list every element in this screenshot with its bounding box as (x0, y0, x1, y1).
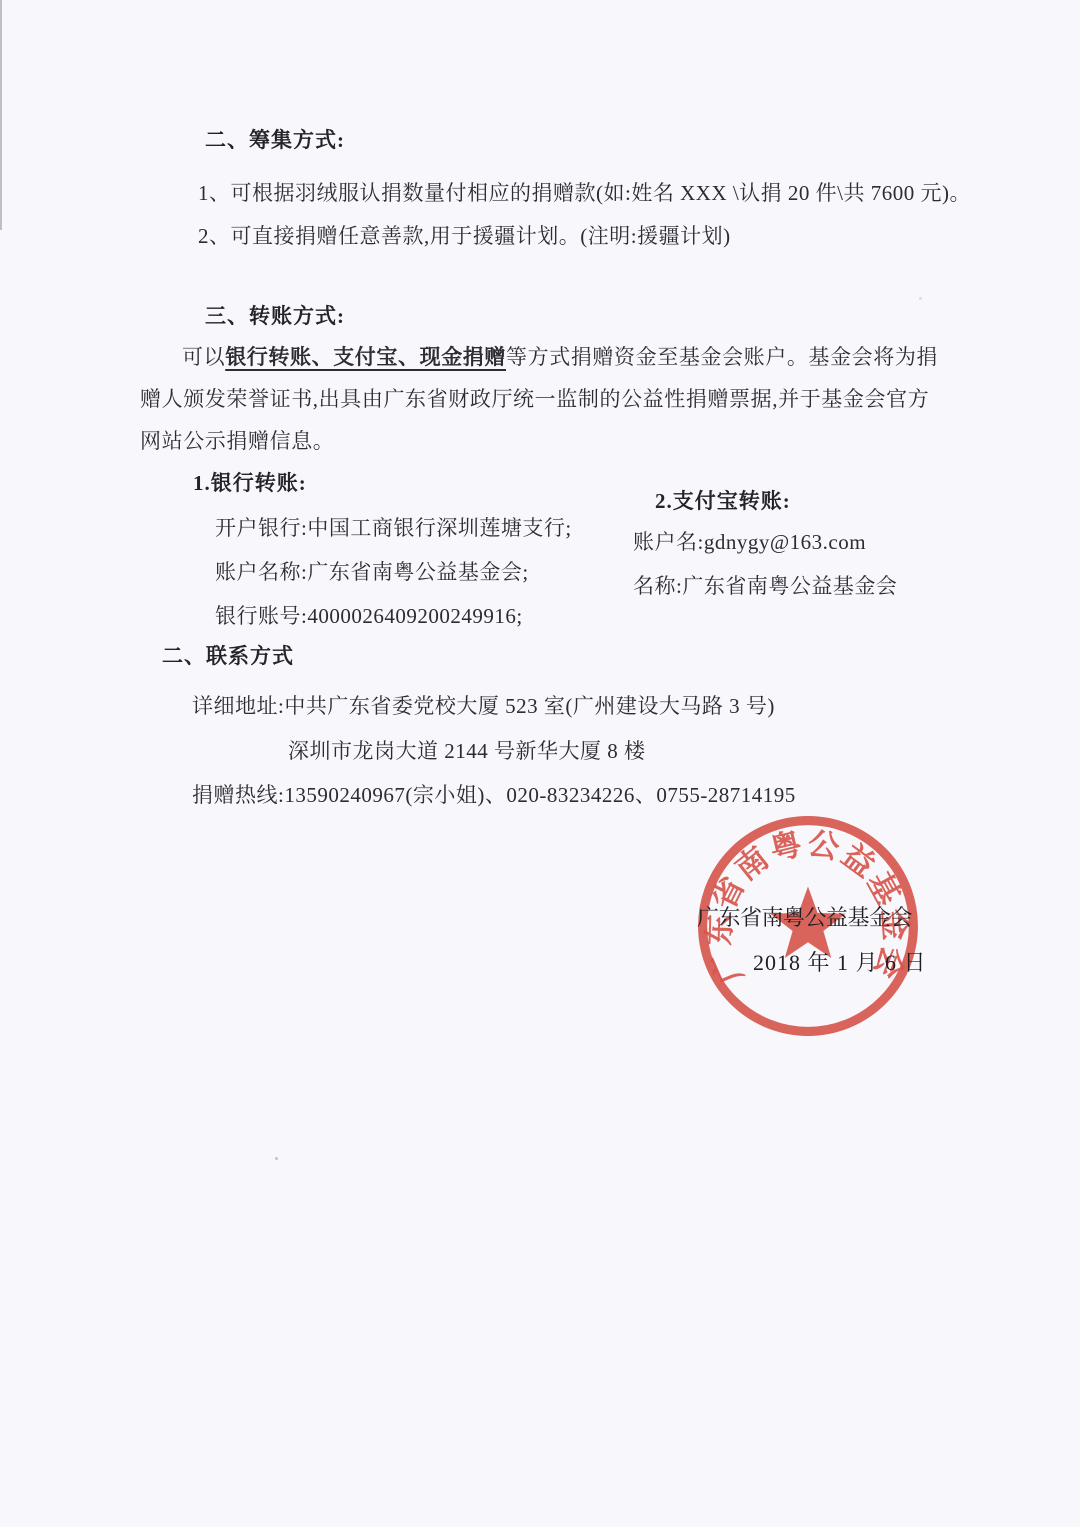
bank-account-name-line: 账户名称:广东省南粤公益基金会; (215, 556, 529, 586)
bank-transfer-heading: 1.银行转账: (193, 467, 307, 497)
signature-date: 2018 年 1 月 6 日 (753, 946, 927, 977)
transfer-paragraph-line3: 网站公示捐赠信息。 (140, 420, 952, 462)
section-heading-fundraising: 二、筹集方式: (205, 124, 345, 154)
signature-organization: 广东省南粤公益基金会 (697, 901, 912, 932)
transfer-paragraph-line1: 可以银行转账、支付宝、现金捐赠等方式捐赠资金至基金会账户。基金会将为捐 (140, 336, 952, 378)
fundraising-item-2: 2、可直接捐赠任意善款,用于援疆计划。(注明:援疆计划) (198, 220, 731, 250)
paper-speck (919, 297, 922, 300)
scan-edge-artifact (0, 0, 2, 230)
alipay-account-line: 账户名:gdnygy@163.com (633, 526, 866, 556)
transfer-paragraph: 可以银行转账、支付宝、现金捐赠等方式捐赠资金至基金会账户。基金会将为捐 赠人颁发… (140, 336, 952, 462)
transfer-para-line1-rest: 等方式捐赠资金至基金会账户。基金会将为捐 (506, 345, 938, 369)
transfer-para-underlined-methods: 银行转账、支付宝、现金捐赠 (225, 345, 506, 369)
contact-hotline-line: 捐赠热线:13590240967(宗小姐)、020-83234226、0755-… (192, 779, 796, 809)
alipay-name-line: 名称:广东省南粤公益基金会 (633, 570, 897, 600)
alipay-transfer-heading: 2.支付宝转账: (655, 485, 791, 515)
bank-account-number-line: 银行账号:4000026409200249916; (215, 600, 523, 630)
transfer-para-prefix: 可以 (182, 345, 225, 369)
fundraising-item-1: 1、可根据羽绒服认捐数量付相应的捐赠款(如:姓名 XXX \认捐 20 件\共 … (198, 177, 971, 207)
section-heading-transfer: 三、转账方式: (205, 300, 345, 330)
scanned-document-page: 二、筹集方式: 1、可根据羽绒服认捐数量付相应的捐赠款(如:姓名 XXX \认捐… (0, 0, 1080, 1527)
bank-name-line: 开户银行:中国工商银行深圳莲塘支行; (215, 512, 572, 542)
contact-address-line1: 详细地址:中共广东省委党校大厦 523 室(广州建设大马路 3 号) (192, 690, 775, 720)
contact-address-line2: 深圳市龙岗大道 2144 号新华大厦 8 楼 (288, 735, 646, 765)
transfer-paragraph-line2: 赠人颁发荣誉证书,出具由广东省财政厅统一监制的公益性捐赠票据,并于基金会官方 (140, 378, 952, 420)
paper-speck (275, 1157, 278, 1160)
section-heading-contact: 二、联系方式 (162, 640, 294, 670)
